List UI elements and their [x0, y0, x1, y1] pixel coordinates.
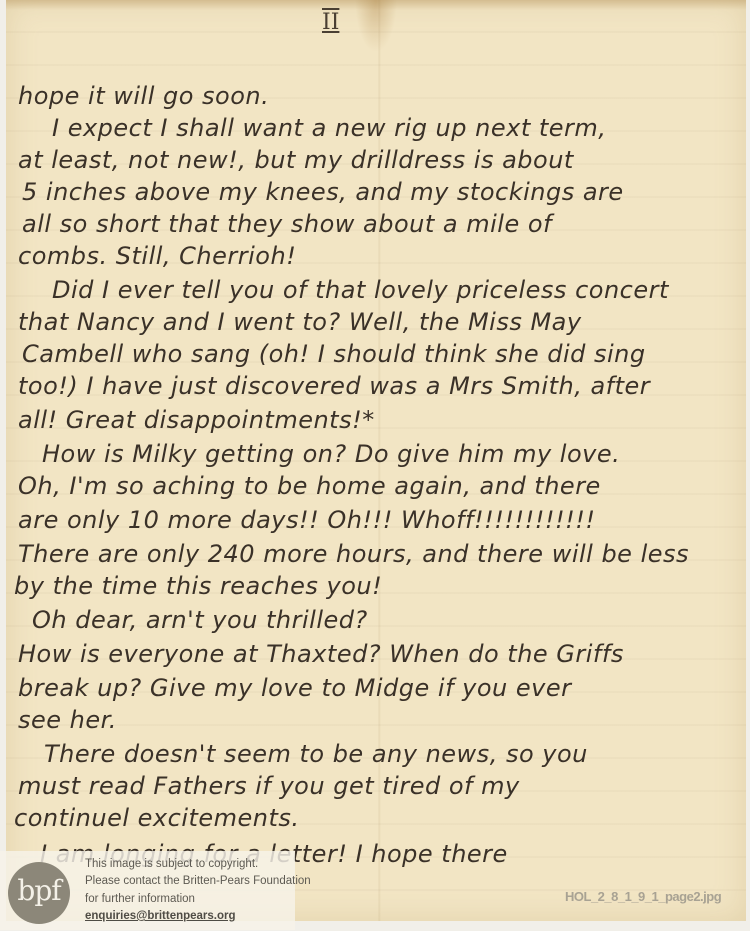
letter-line: by the time this reaches you! — [14, 572, 382, 600]
letter-line: all so short that they show about a mile… — [22, 210, 552, 238]
page-number: II — [322, 10, 339, 35]
letter-line: There are only 240 more hours, and there… — [18, 540, 689, 568]
letter-line: too!) I have just discovered was a Mrs S… — [18, 372, 650, 400]
letter-line: combs. Still, Cherrioh! — [18, 242, 296, 270]
letter-line: are only 10 more days!! Oh!!! Whoff!!!!!… — [18, 506, 595, 534]
letter-line: Oh dear, arn't you thrilled? — [32, 606, 368, 634]
letter-line: How is everyone at Thaxted? When do the … — [18, 640, 624, 668]
letter-line: hope it will go soon. — [18, 82, 269, 110]
letter-line: all! Great disappointments!* — [18, 406, 375, 434]
letter-line: There doesn't seem to be any news, so yo… — [44, 740, 588, 768]
letter-line: break up? Give my love to Midge if you e… — [18, 674, 571, 702]
letter-line: 5 inches above my knees, and my stocking… — [22, 178, 624, 206]
info-notice: for further information — [85, 893, 195, 905]
letter-line: Oh, I'm so aching to be home again, and … — [18, 472, 601, 500]
email-link[interactable]: enquiries@brittenpears.org — [85, 910, 236, 922]
letter-line: continuel excitements. — [14, 804, 300, 832]
letter-line: I expect I shall want a new rig up next … — [52, 114, 606, 142]
letter-line: see her. — [18, 706, 117, 734]
image-filename: HOL_2_8_1_9_1_page2.jpg — [565, 888, 750, 906]
bpf-logo: bpf — [8, 862, 70, 924]
letter-line: that Nancy and I went to? Well, the Miss… — [18, 308, 582, 336]
letter-line: Did I ever tell you of that lovely price… — [52, 276, 669, 304]
letter-line: Cambell who sang (oh! I should think she… — [22, 340, 646, 368]
copyright-notice: This image is subject to copyright. — [85, 858, 258, 870]
letter-line: at least, not new!, but my drilldress is… — [18, 146, 574, 174]
letter-line: How is Milky getting on? Do give him my … — [42, 440, 620, 468]
contact-notice: Please contact the Britten-Pears Foundat… — [85, 875, 311, 887]
letter-line: must read Fathers if you get tired of my — [18, 772, 520, 800]
